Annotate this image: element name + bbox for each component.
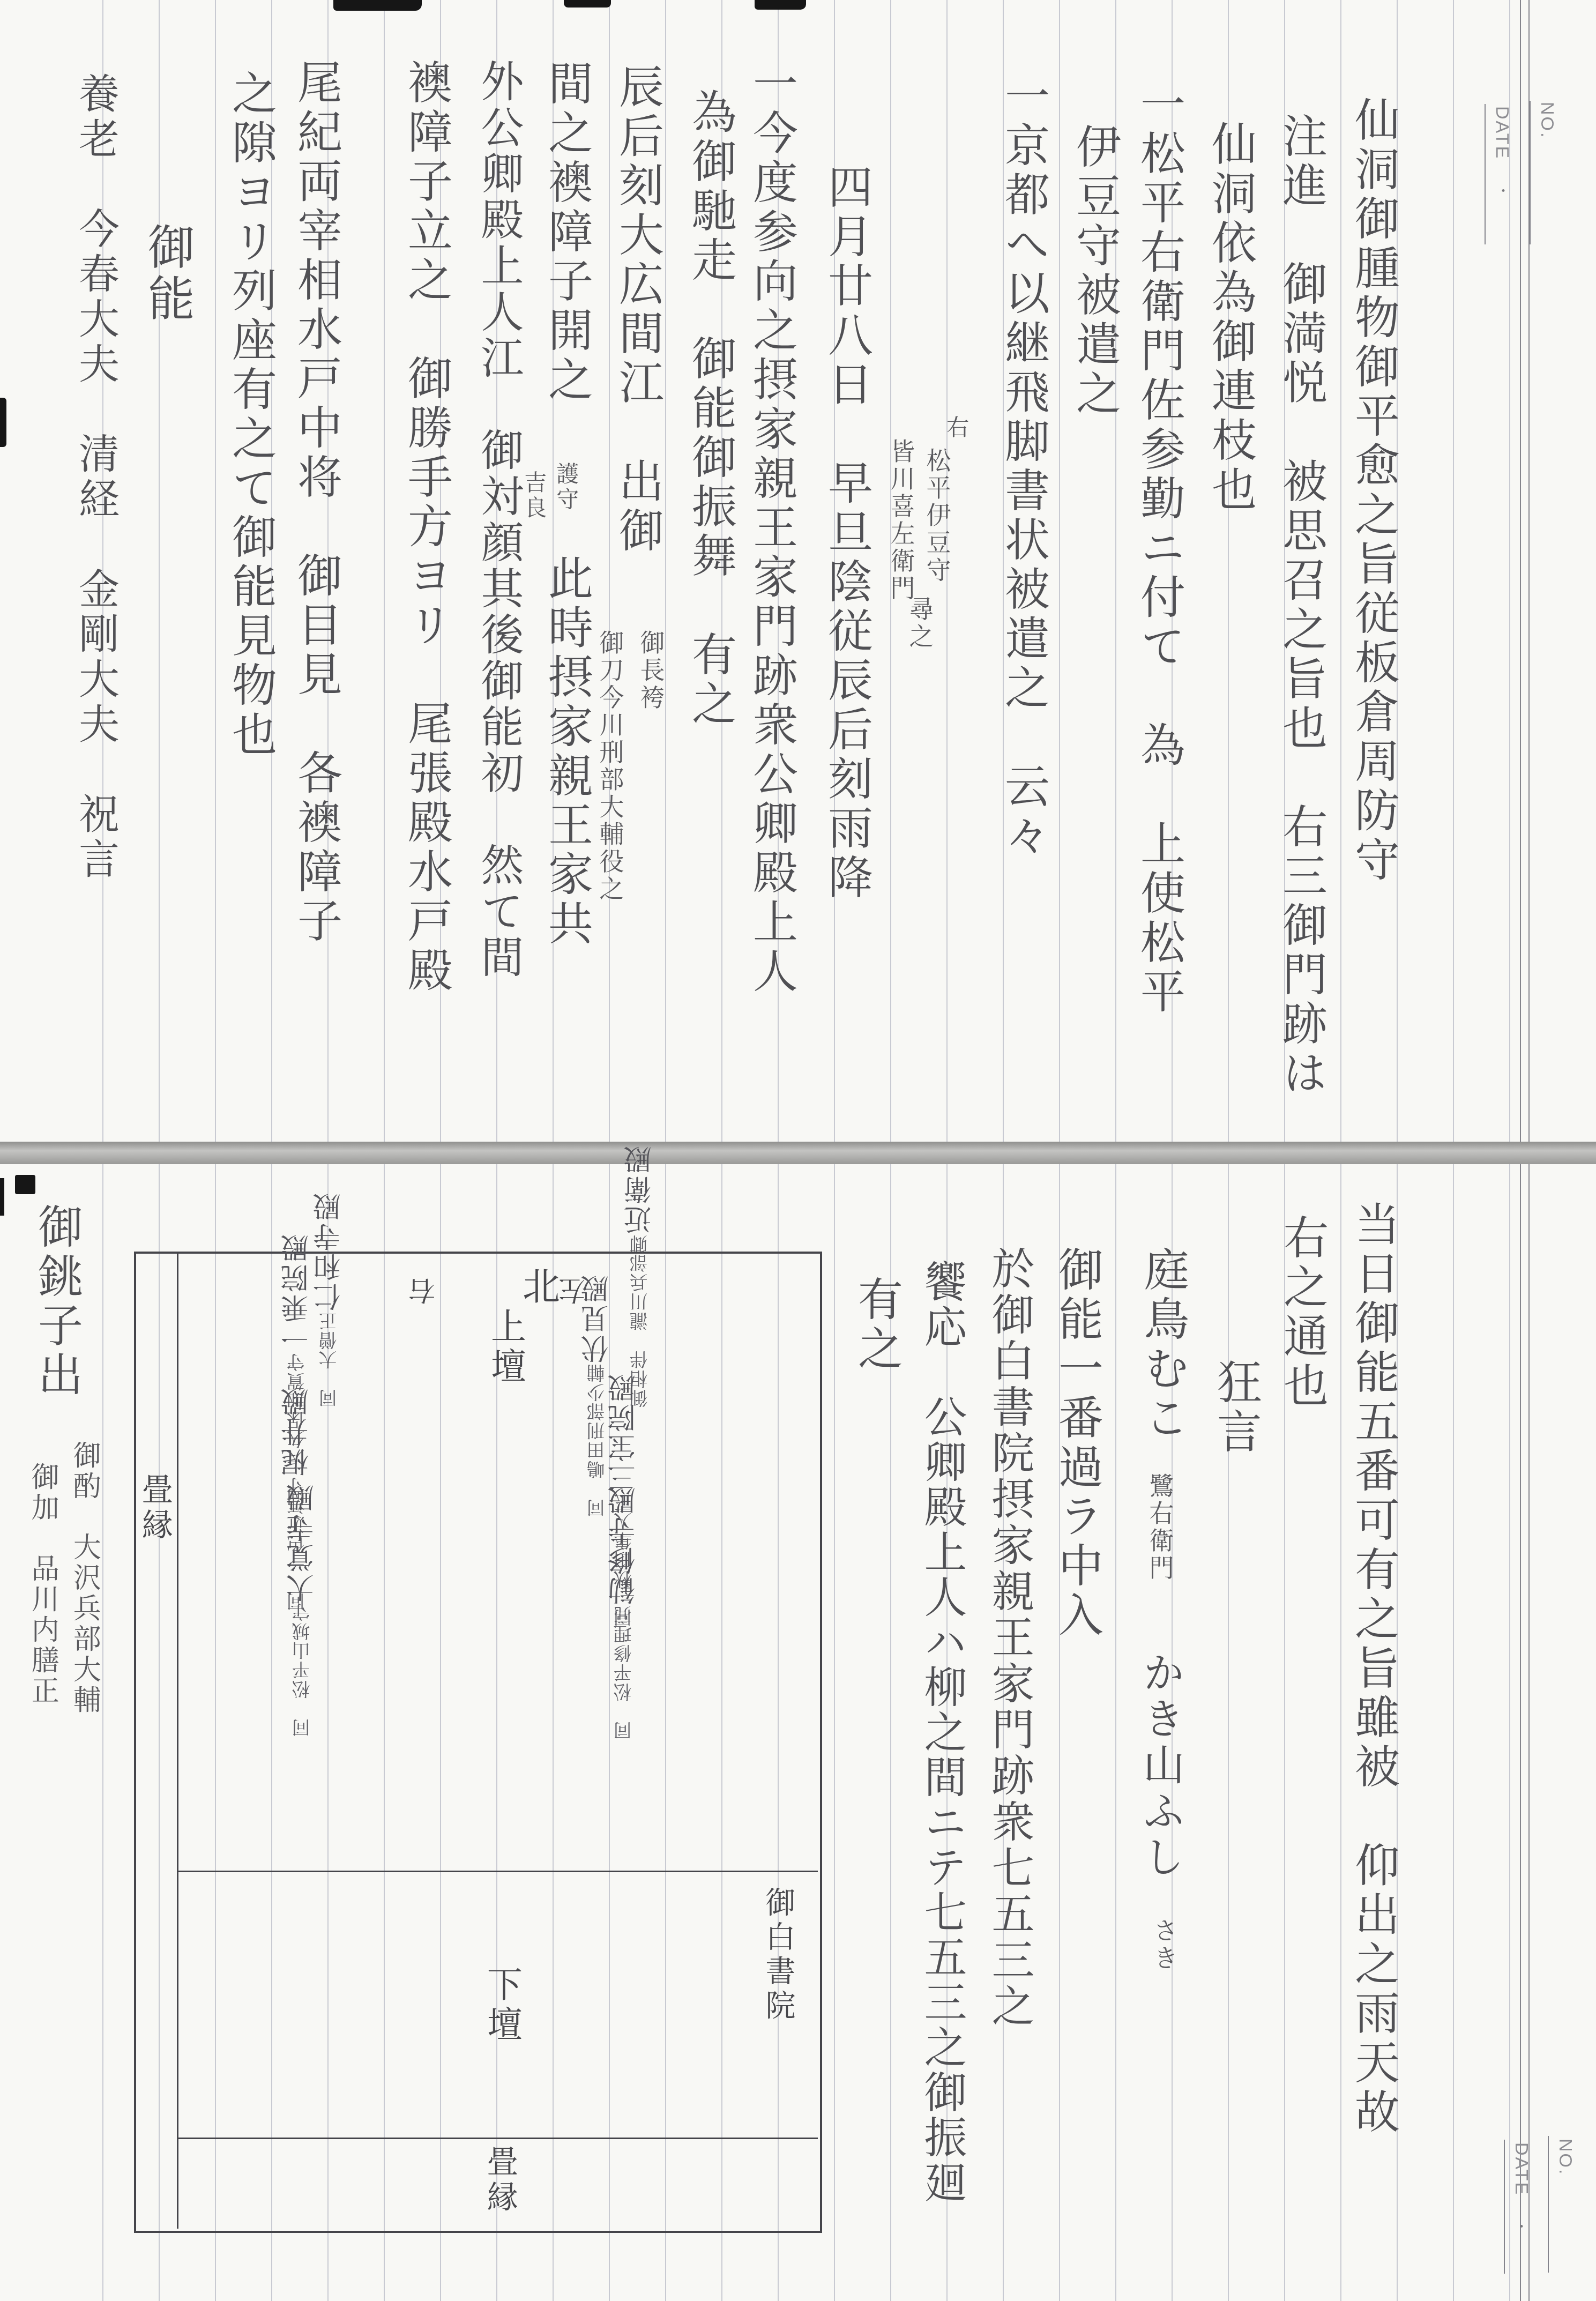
right-side-mark: 右 [408, 1273, 435, 1312]
handwritten-column-26: 饗応 公卿殿上人ハ柳之間ニテ七五三之御振廻 [918, 1260, 965, 2205]
room-outline [134, 1252, 822, 2233]
handwritten-column-16: 之隙ヨリ列座有之て御能見物也 [225, 70, 274, 760]
date-field-line [1485, 104, 1486, 244]
north-label: 北 [523, 1257, 560, 1311]
scan-artifact-top-1 [333, 0, 422, 11]
tatami-edge-line-left [177, 1252, 178, 2229]
seat-ninnaji-name: 仁和寺殿 [312, 1191, 348, 1311]
handwritten-column-24: 御能一番過ラ中入 [1051, 1246, 1101, 1641]
lower-dais-label: 下壇 [481, 1966, 520, 2045]
tatami-edge-line-bottom [178, 2138, 818, 2139]
handwritten-column-13: 外公卿殿上人江 御対顔其後御能初 然て間 [474, 59, 521, 981]
handwritten-column-22-niwatorimuko: 庭鳥むこ [1137, 1246, 1187, 1443]
scanned-notebook: { "header": { "no_label": "NO.", "date_l… [0, 0, 1596, 2301]
seat-ichijoin-name: 一乗院殿 [280, 1232, 316, 1352]
page-gap-shadow [0, 1142, 1596, 1164]
seat-kajuji-name: 勧修寺殿 [607, 1485, 643, 1605]
margin-note-ochoshi: 御銚子出 [31, 1203, 80, 1401]
handwritten-column-15: 尾紀両宰相水戸中将 御目見 各襖障子 [290, 59, 340, 947]
annotation-goshu: 護守 [553, 462, 578, 512]
annotation-okatana-imagawa: 御刀今川刑部大輔役之 [596, 630, 623, 903]
date-dot: ・ [1496, 180, 1510, 200]
handwritten-column-02: 注進 御満悦 被思召之旨也 右三御門跡は [1276, 113, 1325, 1099]
annotation-tazune: 尋之 [906, 596, 933, 651]
seat-daikakuji: 同 松平山城守大覚寺殿 [273, 1648, 323, 1755]
handwritten-column-12a: 間之襖障子開之 [541, 60, 591, 405]
handwritten-column-11: 辰后刻大広間江 出御 [612, 63, 661, 556]
annotation-minagawa-kizaemon: 皆川喜左衛門 [887, 438, 914, 602]
handwritten-column-09: 一今度参向之摂家親王家門跡衆公卿殿上人 [746, 60, 795, 997]
seat-kajii-name: 梶井殿 [280, 1386, 316, 1476]
handwritten-column-20: 右之通也 [1277, 1214, 1326, 1411]
upper-dais-label: 上壇 [485, 1308, 524, 1387]
seat-kajuji-note: 同 松平修理亮 [612, 1605, 637, 1740]
no-field-line-bottom [1548, 2136, 1549, 2273]
seat-ninnaji-note: 同 大僧正 [317, 1311, 342, 1408]
handwritten-column-25: 於御白書院摂家親王家門跡衆七五三之 [985, 1246, 1032, 2030]
margin-note-oshaku-osawa: 御酌 大沢兵部大輔 [69, 1441, 99, 1716]
annotation-nagabakama: 御長袴 [637, 630, 664, 712]
margin-line-outer-bottom [1520, 1164, 1521, 2301]
seat-sanboin-name: 三宝院殿 [607, 1372, 643, 1492]
date-field-line-bottom [1504, 2140, 1505, 2274]
margin-note-okuwae-shinagawa: 御加 品川内膳正 [27, 1462, 57, 1707]
handwritten-column-17-noh-heading: 御能 [140, 222, 192, 325]
seat-konoe-name: 近衛殿 [623, 1144, 659, 1234]
handwritten-column-06: 一京都へ以継飛脚書状被遣之 云々 [998, 72, 1047, 861]
seat-fushimi-name: 伏見殿 [580, 1273, 616, 1363]
annotation-sagiuemon: 鷺右衛門 [1146, 1473, 1173, 1582]
annotation-right-mark: 右 [943, 415, 968, 441]
handwritten-column-19: 当日御能五番可有之旨雖被 仰出之雨天故 [1348, 1201, 1397, 2138]
handwritten-column-27: 有之 [851, 1276, 900, 1374]
no-field-line [1530, 101, 1531, 244]
handwritten-column-21-kyogen: 狂言 [1210, 1359, 1259, 1457]
scan-artifact-left-2 [15, 1175, 35, 1194]
scan-artifact-top-3 [755, 0, 806, 10]
date-label-bottom: DATE [1511, 2142, 1532, 2196]
margin-line-outer [1520, 0, 1521, 1142]
margin-line-inner-bottom [1528, 1164, 1530, 2301]
no-label: NO. [1537, 102, 1557, 139]
handwritten-column-10: 為御馳走 御能御振舞 有之 [685, 88, 734, 729]
scan-artifact-left-1 [0, 398, 6, 447]
handwritten-column-14: 襖障子立之 御勝手方ヨリ 尾張殿水戸殿 [401, 59, 450, 996]
handwritten-column-12b: 此時摂家親王家共 [541, 555, 591, 949]
annotation-sagi: さき [1150, 1918, 1177, 1972]
seat-daikakuji-name: 大覚寺殿 [285, 1482, 321, 1602]
date-label: DATE [1491, 106, 1512, 160]
handwritten-column-05: 伊豆守被遣之 [1069, 123, 1118, 419]
seat-daikakuji-note: 同 松平山城守 [290, 1602, 316, 1737]
annotation-matsudaira-izunokami: 松平伊豆守 [923, 448, 950, 584]
handwritten-column-03: 仙洞依為御連枝也 [1205, 121, 1254, 515]
room-name-label: 御白書院 [761, 1887, 794, 2024]
handwritten-column-04: 一松平右衛門佐参勤ニ付て 為 上使松平 [1133, 80, 1183, 1017]
tatami-label-bottom: 畳縁 [482, 2145, 517, 2216]
annotation-kira: 吉良 [521, 471, 546, 521]
tatami-label-left: 畳縁 [137, 1473, 171, 1544]
no-label-bottom: NO. [1555, 2139, 1576, 2176]
seat-kajuji: 同 松平修理亮勧修寺殿 [595, 1651, 645, 1758]
handwritten-column-18-program: 養老 今春大夫 清経 金剛大夫 祝言 [72, 72, 117, 883]
date-dot-bottom: ・ [1515, 2216, 1528, 2236]
scan-artifact-left-3 [0, 1178, 4, 1216]
handwritten-column-23-kakiyamabushi: かき山ふし [1137, 1651, 1183, 1881]
handwritten-column-08-date: 四月廿八日 早旦陰従辰后刻雨降 [821, 163, 870, 903]
scan-artifact-top-2 [564, 0, 611, 8]
dais-divider-line [178, 1871, 818, 1872]
handwritten-column-01: 仙洞御腫物御平愈之旨従板倉周防守 [1348, 96, 1397, 885]
